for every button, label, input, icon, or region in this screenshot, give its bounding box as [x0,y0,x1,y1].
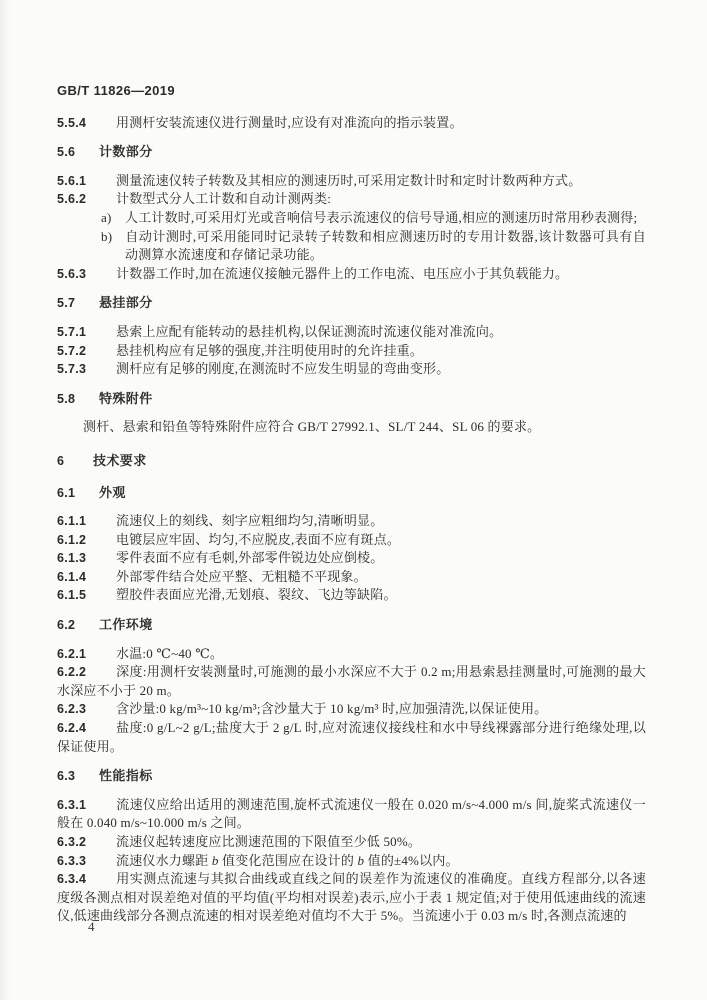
clause-number: 6.1.3 [57,549,99,568]
standard-number-header: GB/T 11826—2019 [57,82,646,101]
chapter-number: 6 [57,452,69,471]
clause-text: 用实测点流速与其拟合曲线或直线之间的误差作为流速仪的准确度。直线方程部分,以各速… [57,871,646,923]
clause-text: 电镀层应牢固、均匀,不应脱皮,表面不应有斑点。 [116,532,400,547]
clause-number: 5.7.2 [57,342,99,361]
clause-text: 测杆应有足够的刚度,在测流时不应发生明显的弯曲变形。 [116,361,449,376]
clause-6-1-4: 6.1.4外部零件结合处应平整、无粗糙不平现象。 [57,568,646,587]
clause-text: 含沙量:0 kg/m³~10 kg/m³;含沙量大于 10 kg/m³ 时,应加… [116,701,547,716]
section-heading-6-2: 6.2工作环境 [57,616,646,635]
clause-5-7-2: 5.7.2悬挂机构应有足够的强度,并注明使用时的允许挂重。 [57,342,646,361]
list-marker: a) [101,209,125,228]
clause-number: 5.6.3 [57,265,99,284]
section-heading-5-6: 5.6计数部分 [57,143,646,162]
section-number: 6.2 [57,616,83,635]
clause-6-3-4: 6.3.4用实测点流速与其拟合曲线或直线之间的误差作为流速仪的准确度。直线方程部… [57,870,646,926]
list-marker: b) [101,228,125,247]
clause-5-7-1: 5.7.1悬索上应配有能转动的悬挂机构,以保证测流时流速仪能对准流向。 [57,323,646,342]
clause-text: 悬索上应配有能转动的悬挂机构,以保证测流时流速仪能对准流向。 [116,324,502,339]
section-heading-6-3: 6.3性能指标 [57,767,646,786]
clause-6-2-3: 6.2.3含沙量:0 kg/m³~10 kg/m³;含沙量大于 10 kg/m³… [57,700,646,719]
section-number: 5.8 [57,390,83,409]
clause-number: 6.2.2 [57,663,99,682]
clause-6-3-3: 6.3.3流速仪水力螺距 b 值变化范围应在设计的 b 值的±4%以内。 [57,852,646,871]
document-page: { "page": { "header": "GB/T 11826—2019",… [0,0,707,1000]
section-number: 6.1 [57,484,83,503]
clause-number: 6.1.2 [57,531,99,550]
clause-text: 测量流速仪转子转数及其相应的测速历时,可采用定数计时和定时计数两种方式。 [116,173,581,188]
section-title: 性能指标 [99,768,153,783]
clause-number: 6.1.4 [57,568,99,587]
section-number: 6.3 [57,767,83,786]
clause-5-7-3: 5.7.3测杆应有足够的刚度,在测流时不应发生明显的弯曲变形。 [57,360,646,379]
list-item-text: 自动计测时,可采用能同时记录转子转数和相应测速历时的专用计数器,该计数器可具有自… [125,229,646,263]
clause-6-1-2: 6.1.2电镀层应牢固、均匀,不应脱皮,表面不应有斑点。 [57,531,646,550]
section-heading-5-8: 5.8特殊附件 [57,390,646,409]
clause-number: 6.3.4 [57,870,99,889]
clause-number: 6.3.1 [57,796,99,815]
clause-6-1-3: 6.1.3零件表面不应有毛刺,外部零件锐边处应倒棱。 [57,549,646,568]
clause-5-6-1: 5.6.1测量流速仪转子转数及其相应的测速历时,可采用定数计时和定时计数两种方式… [57,172,646,191]
chapter-title: 技术要求 [93,453,147,468]
clause-5-6-2: 5.6.2计数型式分人工计数和自动计测两类: [57,190,646,209]
clause-text-part: 流速仪水力螺距 [116,853,212,868]
section-number: 5.6 [57,143,83,162]
section-title: 计数部分 [99,144,153,159]
clause-5-5-4: 5.5.4用测杆安装流速仪进行测量时,应设有对准流向的指示装置。 [57,114,646,133]
clause-6-1-1: 6.1.1流速仪上的刻线、刻字应粗细均匀,清晰明显。 [57,512,646,531]
clause-number: 6.1.1 [57,512,99,531]
clause-6-1-5: 6.1.5塑胶件表面应光滑,无划痕、裂纹、飞边等缺陷。 [57,586,646,605]
clause-6-2-1: 6.2.1水温:0 ℃~40 ℃。 [57,645,646,664]
chapter-heading-6: 6技术要求 [57,452,646,471]
page-content: GB/T 11826—2019 5.5.4用测杆安装流速仪进行测量时,应设有对准… [57,82,646,926]
variable-b: b [212,853,219,868]
clause-number: 6.2.4 [57,719,99,738]
paragraph-text: 测杆、悬索和铅鱼等特殊附件应符合 GB/T 27992.1、SL/T 244、S… [83,419,540,434]
clause-number: 5.7.3 [57,360,99,379]
clause-text: 零件表面不应有毛刺,外部零件锐边处应倒棱。 [116,550,383,565]
list-item-a: a)人工计数时,可采用灯光或音响信号表示流速仪的信号导通,相应的测速历时常用秒表… [57,209,646,228]
clause-number: 6.3.3 [57,852,99,871]
scan-edge-shadow [0,0,10,1000]
clause-text: 流速仪应给出适用的测速范围,旋杯式流速仪一般在 0.020 m/s~4.000 … [57,797,646,831]
clause-number: 6.1.5 [57,586,99,605]
section-heading-6-1: 6.1外观 [57,484,646,503]
clause-text: 盐度:0 g/L~2 g/L;盐度大于 2 g/L 时,应对流速仪接线柱和水中导… [57,720,646,754]
clause-text: 外部零件结合处应平整、无粗糙不平现象。 [116,569,367,584]
section-title: 悬挂部分 [99,295,153,310]
clause-text: 流速仪上的刻线、刻字应粗细均匀,清晰明显。 [116,513,383,528]
clause-text: 用测杆安装流速仪进行测量时,应设有对准流向的指示装置。 [116,115,463,130]
clause-text: 深度:用测杆安装测量时,可施测的最小水深应不大于 0.2 m;用悬索悬挂测量时,… [57,664,646,698]
clause-number: 5.6.1 [57,172,99,191]
clause-6-2-2: 6.2.2深度:用测杆安装测量时,可施测的最小水深应不大于 0.2 m;用悬索悬… [57,663,646,700]
clause-number: 6.2.3 [57,700,99,719]
page-number: 4 [88,920,95,934]
clause-text: 塑胶件表面应光滑,无划痕、裂纹、飞边等缺陷。 [116,587,397,602]
clause-6-3-2: 6.3.2流速仪起转速度应比测速范围的下限值至少低 50%。 [57,833,646,852]
section-title: 外观 [99,485,126,500]
clause-number: 5.6.2 [57,190,99,209]
clause-6-3-1: 6.3.1流速仪应给出适用的测速范围,旋杯式流速仪一般在 0.020 m/s~4… [57,796,646,833]
clause-text: 计数型式分人工计数和自动计测两类: [116,191,331,206]
clause-number: 5.5.4 [57,114,99,133]
clause-number: 6.2.1 [57,645,99,664]
section-number: 5.7 [57,294,83,313]
list-item-b: b)自动计测时,可采用能同时记录转子转数和相应测速历时的专用计数器,该计数器可具… [57,228,646,265]
clause-number: 5.7.1 [57,323,99,342]
paragraph-5-8: 测杆、悬索和铅鱼等特殊附件应符合 GB/T 27992.1、SL/T 244、S… [57,418,646,437]
section-title: 工作环境 [99,617,153,632]
clause-text: 流速仪起转速度应比测速范围的下限值至少低 50%。 [116,834,421,849]
clause-text-part: 值变化范围应在设计的 [219,853,358,868]
clause-text: 水温:0 ℃~40 ℃。 [116,646,223,661]
section-title: 特殊附件 [99,391,153,406]
clause-text-part: 值的±4%以内。 [364,853,459,868]
section-heading-5-7: 5.7悬挂部分 [57,294,646,313]
clause-6-2-4: 6.2.4盐度:0 g/L~2 g/L;盐度大于 2 g/L 时,应对流速仪接线… [57,719,646,756]
clause-text: 计数器工作时,加在流速仪接触元器件上的工作电流、电压应小于其负载能力。 [116,266,568,281]
clause-5-6-3: 5.6.3计数器工作时,加在流速仪接触元器件上的工作电流、电压应小于其负载能力。 [57,265,646,284]
clause-number: 6.3.2 [57,833,99,852]
clause-text: 悬挂机构应有足够的强度,并注明使用时的允许挂重。 [116,343,423,358]
list-item-text: 人工计数时,可采用灯光或音响信号表示流速仪的信号导通,相应的测速历时常用秒表测得… [125,210,637,225]
